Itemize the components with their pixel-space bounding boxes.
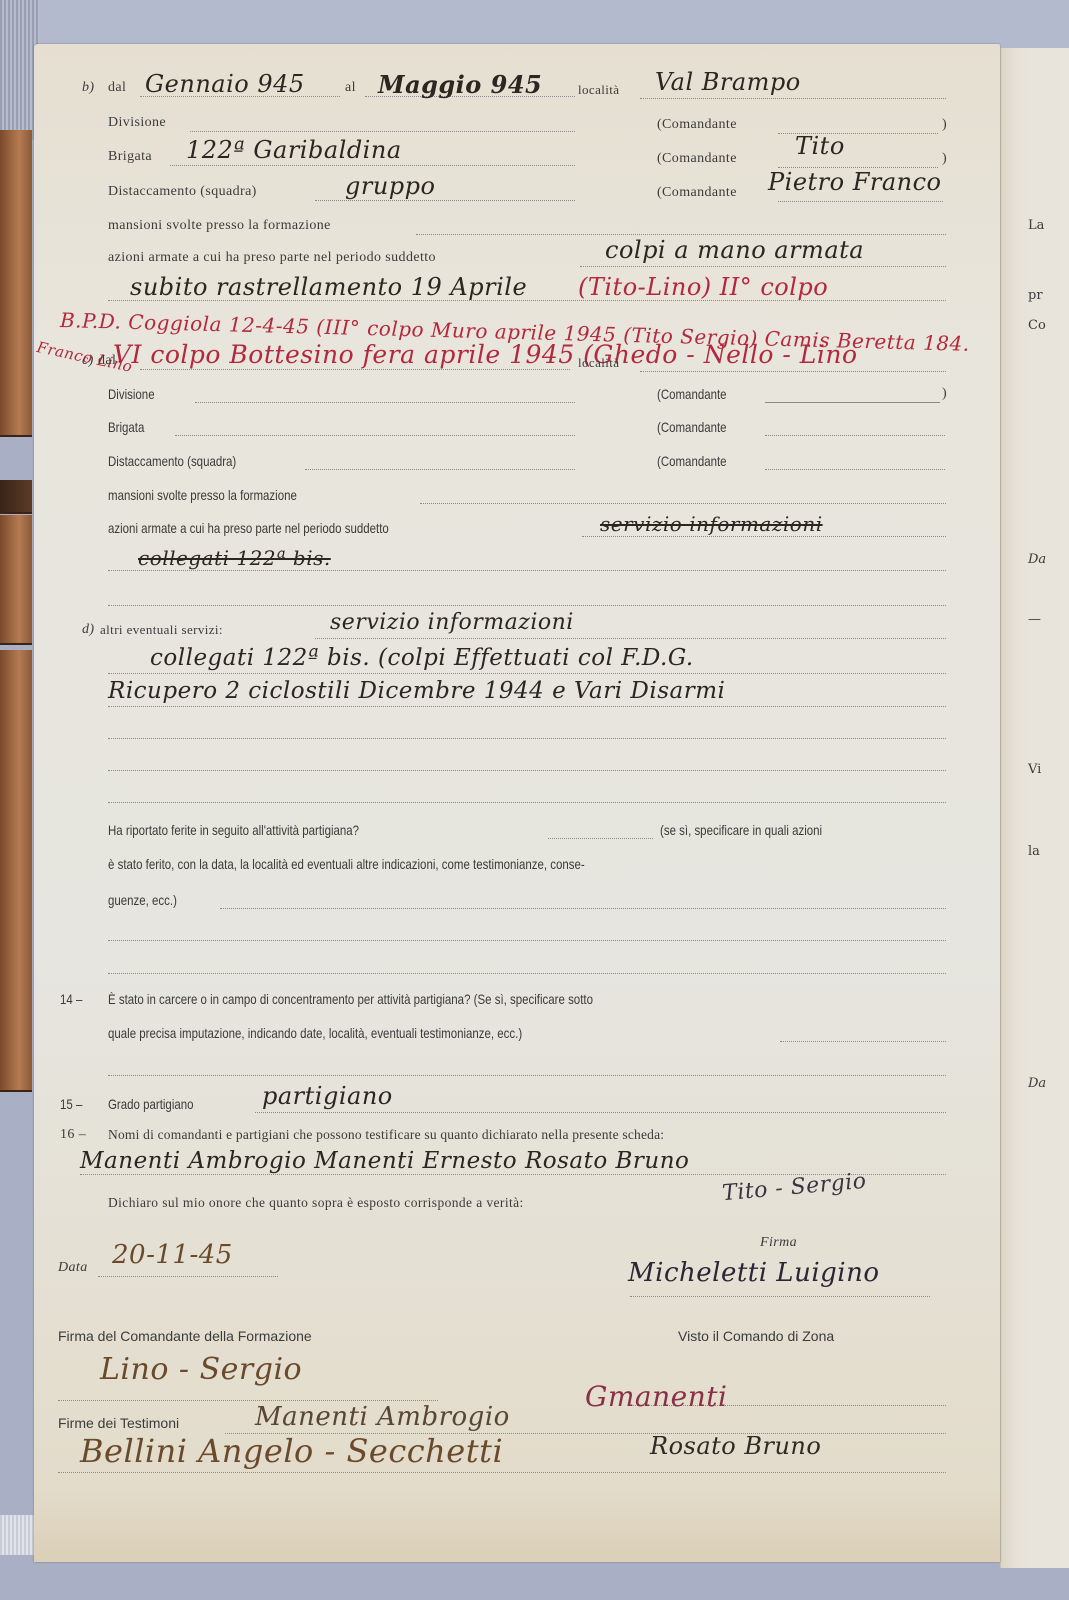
testimone-signature: Manenti Ambrogio	[255, 1402, 510, 1432]
comandante-label: (Comandante	[657, 453, 727, 469]
testimoni-label: Firme dei Testimoni	[58, 1415, 179, 1431]
ferite-text: è stato ferito, con la data, la località…	[108, 856, 585, 872]
comandante-label: (Comandante	[657, 185, 737, 201]
comando-zona-label: Visto il Comando di Zona	[678, 1328, 834, 1344]
data-value: 20-11-45	[112, 1240, 233, 1270]
brigata-label: Brigata	[108, 419, 144, 435]
azioni-value: colpi a mano armata	[605, 236, 864, 264]
adjacent-page-fragment: Da	[1028, 1076, 1046, 1091]
q16-text: Nomi di comandanti e partigiani che poss…	[108, 1127, 664, 1143]
question-number: 15 –	[60, 1096, 82, 1112]
testimone-signature: Gmanenti	[585, 1380, 727, 1413]
book-spine-block	[0, 130, 32, 397]
azioni-value-struck: collegati 122ª bis.	[138, 546, 331, 570]
testimone-signature: Rosato Bruno	[650, 1432, 821, 1460]
distaccamento-comandante-value: Pietro Franco	[768, 168, 942, 196]
ferite-text: (se sì, specificare in quali azioni	[660, 822, 822, 838]
book-spine-block	[0, 395, 32, 437]
mansioni-label: mansioni svolte presso la formazione	[108, 487, 297, 503]
comandante-formazione-label: Firma del Comandante della Formazione	[58, 1328, 312, 1344]
altri-servizi-label: altri eventuali servizi:	[100, 622, 223, 638]
divisione-label: Divisione	[108, 115, 166, 131]
localita-label: località	[578, 82, 619, 98]
section-marker: c)	[82, 353, 94, 369]
mansioni-label: mansioni svolte presso la formazione	[108, 218, 331, 234]
testimone-signature: Bellini Angelo - Secchetti	[80, 1432, 503, 1470]
grado-label: Grado partigiano	[108, 1096, 194, 1112]
brigata-value: 122ª Garibaldina	[186, 136, 402, 164]
book-spine-block	[0, 515, 32, 557]
azioni-value-continued: subito rastrellamento 19 Aprile	[130, 273, 527, 301]
distaccamento-label: Distaccamento (squadra)	[108, 453, 236, 469]
distaccamento-label: Distaccamento (squadra)	[108, 184, 257, 200]
section-marker: d)	[82, 622, 94, 638]
azioni-label: azioni armate a cui ha preso parte nel p…	[108, 250, 436, 266]
grado-value: partigiano	[262, 1082, 393, 1110]
close-paren: )	[942, 386, 947, 402]
brigata-comandante-value: Tito	[795, 132, 845, 160]
distaccamento-value: gruppo	[345, 172, 435, 200]
altri-servizi-value: servizio informazioni	[330, 610, 574, 635]
close-paren: )	[942, 151, 947, 167]
adjacent-page-fragment: pr	[1028, 288, 1043, 303]
azioni-value-struck: servizio informazioni	[600, 512, 823, 536]
altri-servizi-value: collegati 122ª bis. (colpi Effettuati co…	[150, 645, 694, 671]
data-label: Data	[58, 1260, 88, 1276]
altri-servizi-value: Ricupero 2 ciclostili Dicembre 1944 e Va…	[108, 678, 725, 704]
comandante-signature: Lino - Sergio	[100, 1352, 302, 1387]
q14-text: quale precisa imputazione, indicando dat…	[108, 1025, 522, 1041]
ferite-text: Ha riportato ferite in seguito all'attiv…	[108, 822, 359, 838]
al-value: Maggio 945	[378, 70, 542, 99]
dal-label: dal	[98, 353, 116, 369]
comandante-label: (Comandante	[657, 419, 727, 435]
question-number: 16 –	[60, 1127, 86, 1143]
comandante-label: (Comandante	[657, 151, 737, 167]
adjacent-page-fragment: La	[1028, 218, 1044, 233]
testimoni-value: Manenti Ambrogio Manenti Ernesto Rosato …	[80, 1148, 689, 1174]
al-label: al	[345, 80, 356, 96]
dal-label: dal	[108, 80, 126, 96]
book-spine-block	[0, 480, 32, 514]
comandante-label: (Comandante	[657, 117, 737, 133]
question-number: 14 –	[60, 991, 82, 1007]
red-annotation: (Tito-Lino) II° colpo	[578, 273, 828, 301]
localita-label: località	[578, 355, 619, 371]
dal-value: Gennaio 945	[145, 70, 305, 98]
adjacent-page	[1000, 48, 1069, 1568]
ferite-text: guenze, ecc.)	[108, 892, 177, 908]
adjacent-page-fragment: Vi	[1028, 762, 1041, 777]
azioni-label: azioni armate a cui ha preso parte nel p…	[108, 520, 389, 536]
adjacent-page-fragment: —	[1028, 612, 1041, 627]
brigata-label: Brigata	[108, 149, 152, 165]
book-spine-block	[0, 650, 32, 1092]
section-marker: b)	[82, 80, 94, 96]
comandante-label: (Comandante	[657, 386, 727, 402]
q14-text: È stato in carcere o in campo di concent…	[108, 991, 593, 1007]
firma-label: Firma	[760, 1235, 797, 1251]
scanner-background	[0, 0, 1069, 48]
firma-signature: Micheletti Luigino	[628, 1258, 880, 1288]
book-spine-block	[0, 555, 32, 645]
divisione-label: Divisione	[108, 386, 155, 402]
adjacent-page-fragment: Da	[1028, 552, 1046, 567]
declaration-text: Dichiaro sul mio onore che quanto sopra …	[108, 1195, 524, 1211]
red-annotation: VI colpo Bottesino fera aprile 1945 (Ghe…	[113, 340, 858, 369]
close-paren: )	[942, 117, 947, 133]
adjacent-page-fragment: la	[1028, 844, 1040, 859]
localita-value: Val Brampo	[655, 68, 801, 96]
adjacent-page-fragment: Co	[1028, 318, 1046, 333]
